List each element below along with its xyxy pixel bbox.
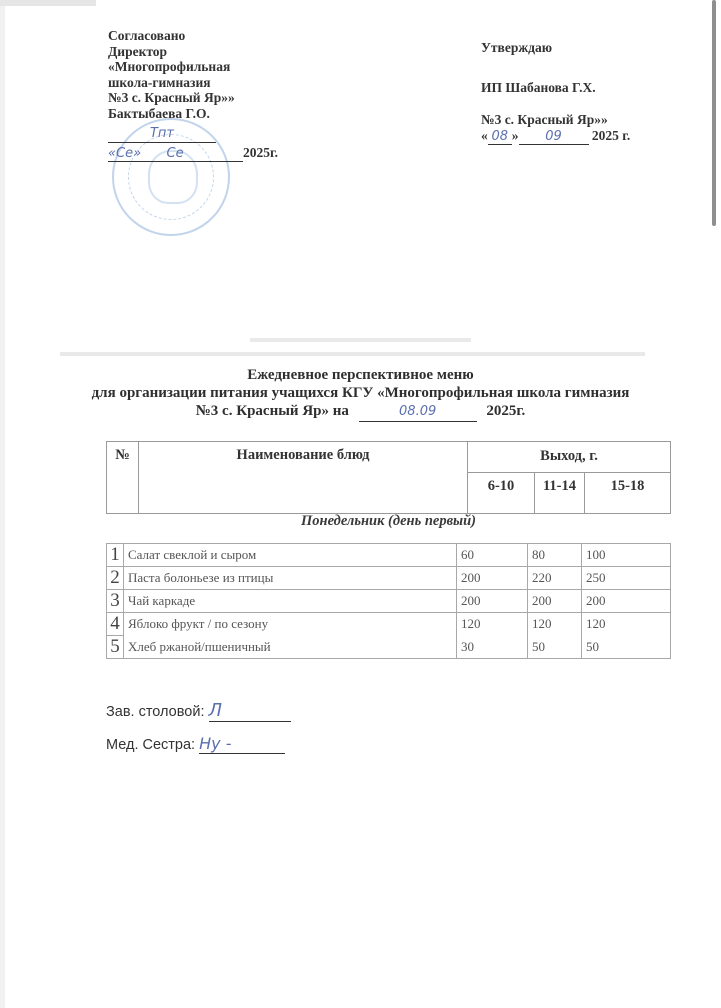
portion-6-10: 60: [457, 544, 528, 567]
header-num: №: [107, 442, 139, 514]
approval-left-date: «Се» Се 2025г.: [108, 145, 308, 163]
header-age-6-10: 6-10: [468, 473, 535, 514]
portion-11-14: 120: [528, 613, 582, 636]
approval-left-line: Бактыбаева Г.О.: [108, 106, 308, 122]
document-title: Ежедневное перспективное меню для органи…: [30, 366, 691, 422]
dish-name: Яблоко фрукт / по сезону: [124, 613, 457, 636]
nurse-signature-row: Мед. Сестра: Ну -: [106, 734, 285, 754]
approval-left-line: Директор: [108, 44, 308, 60]
portion-6-10: 30: [457, 636, 528, 659]
canteen-head-signature: Зав. столовой: Л: [106, 700, 291, 722]
header-age-11-14: 11-14: [535, 473, 585, 514]
item-number: 4: [107, 613, 124, 636]
table-row: 4Яблоко фрукт / по сезону120120120: [107, 613, 671, 636]
portion-15-18: 50: [582, 636, 671, 659]
portion-6-10: 120: [457, 613, 528, 636]
director-signature: Тпт: [150, 126, 174, 141]
approval-left-line: Согласовано: [108, 28, 308, 44]
approval-left-line: школа-гимназия: [108, 75, 308, 91]
portion-11-14: 80: [528, 544, 582, 567]
approver-org: №3 с. Красный Яр»»: [481, 112, 608, 128]
item-number: 2: [107, 567, 124, 590]
approve-title: Утверждаю: [481, 40, 552, 56]
table-row: 1Салат свеклой и сыром6080100: [107, 544, 671, 567]
menu-date-handwritten: 08.09: [399, 404, 436, 419]
title-line-1: Ежедневное перспективное меню: [30, 366, 691, 384]
header-output: Выход, г.: [468, 442, 671, 473]
portion-11-14: 50: [528, 636, 582, 659]
portion-6-10: 200: [457, 590, 528, 613]
table-row: 2Паста болоньезе из птицы200220250: [107, 567, 671, 590]
approval-right-date: «08»09 2025 г.: [481, 128, 630, 145]
date-month-handwritten: Се: [167, 146, 184, 161]
header-dish-name: Наименование блюд: [139, 442, 468, 514]
item-number: 3: [107, 590, 124, 613]
menu-header-table: № Наименование блюд Выход, г. 6-10 11-14…: [106, 441, 671, 514]
viewer-top-strip: [0, 0, 96, 6]
date-day-handwritten: «Се»: [108, 146, 141, 161]
quote-close: »: [512, 128, 519, 143]
date-month-handwritten: 09: [545, 129, 562, 144]
table-row: 5Хлеб ржаной/пшеничный305050: [107, 636, 671, 659]
dish-name: Чай каркаде: [124, 590, 457, 613]
approval-left-line: «Многопрофильная: [108, 59, 308, 75]
scrollbar-thumb[interactable]: [712, 0, 716, 226]
menu-items-table: 1Салат свеклой и сыром60801002Паста боло…: [106, 543, 671, 659]
dish-name: Паста болоньезе из птицы: [124, 567, 457, 590]
approval-left-line: №3 с. Красный Яр»»: [108, 90, 308, 106]
portion-15-18: 250: [582, 567, 671, 590]
quote-open: «: [481, 128, 488, 143]
portion-6-10: 200: [457, 567, 528, 590]
approver-name: ИП Шабанова Г.Х.: [481, 80, 596, 96]
portion-15-18: 120: [582, 613, 671, 636]
dish-name: Салат свеклой и сыром: [124, 544, 457, 567]
title-line-2: для организации питания учащихся КГУ «Мн…: [30, 384, 691, 402]
date-year: 2025 г.: [592, 128, 630, 143]
item-number: 5: [107, 636, 124, 659]
dish-name: Хлеб ржаной/пшеничный: [124, 636, 457, 659]
portion-15-18: 100: [582, 544, 671, 567]
table-row: 3Чай каркаде200200200: [107, 590, 671, 613]
portion-11-14: 200: [528, 590, 582, 613]
canteen-signature: Л: [209, 700, 223, 721]
portion-15-18: 200: [582, 590, 671, 613]
signature-line: Тпт: [108, 125, 308, 143]
approval-left-block: Согласовано Директор «Многопрофильная шк…: [108, 28, 308, 162]
page-left-edge: [0, 0, 5, 1008]
title-line-3: №3 с. Красный Яр» на 08.09 2025г.: [30, 402, 691, 422]
nurse-signature: Ну -: [199, 734, 231, 753]
date-day-handwritten: 08: [491, 129, 508, 144]
day-label: Понедельник (день первый): [106, 513, 671, 530]
portion-11-14: 220: [528, 567, 582, 590]
header-age-15-18: 15-18: [585, 473, 671, 514]
show-through-text: ▬▬▬▬▬▬▬▬▬▬▬▬▬▬▬▬▬▬▬▬▬▬▬▬▬▬▬▬▬▬▬▬▬▬▬▬▬▬▬▬…: [60, 344, 645, 360]
date-year: 2025г.: [243, 145, 278, 160]
item-number: 1: [107, 544, 124, 567]
